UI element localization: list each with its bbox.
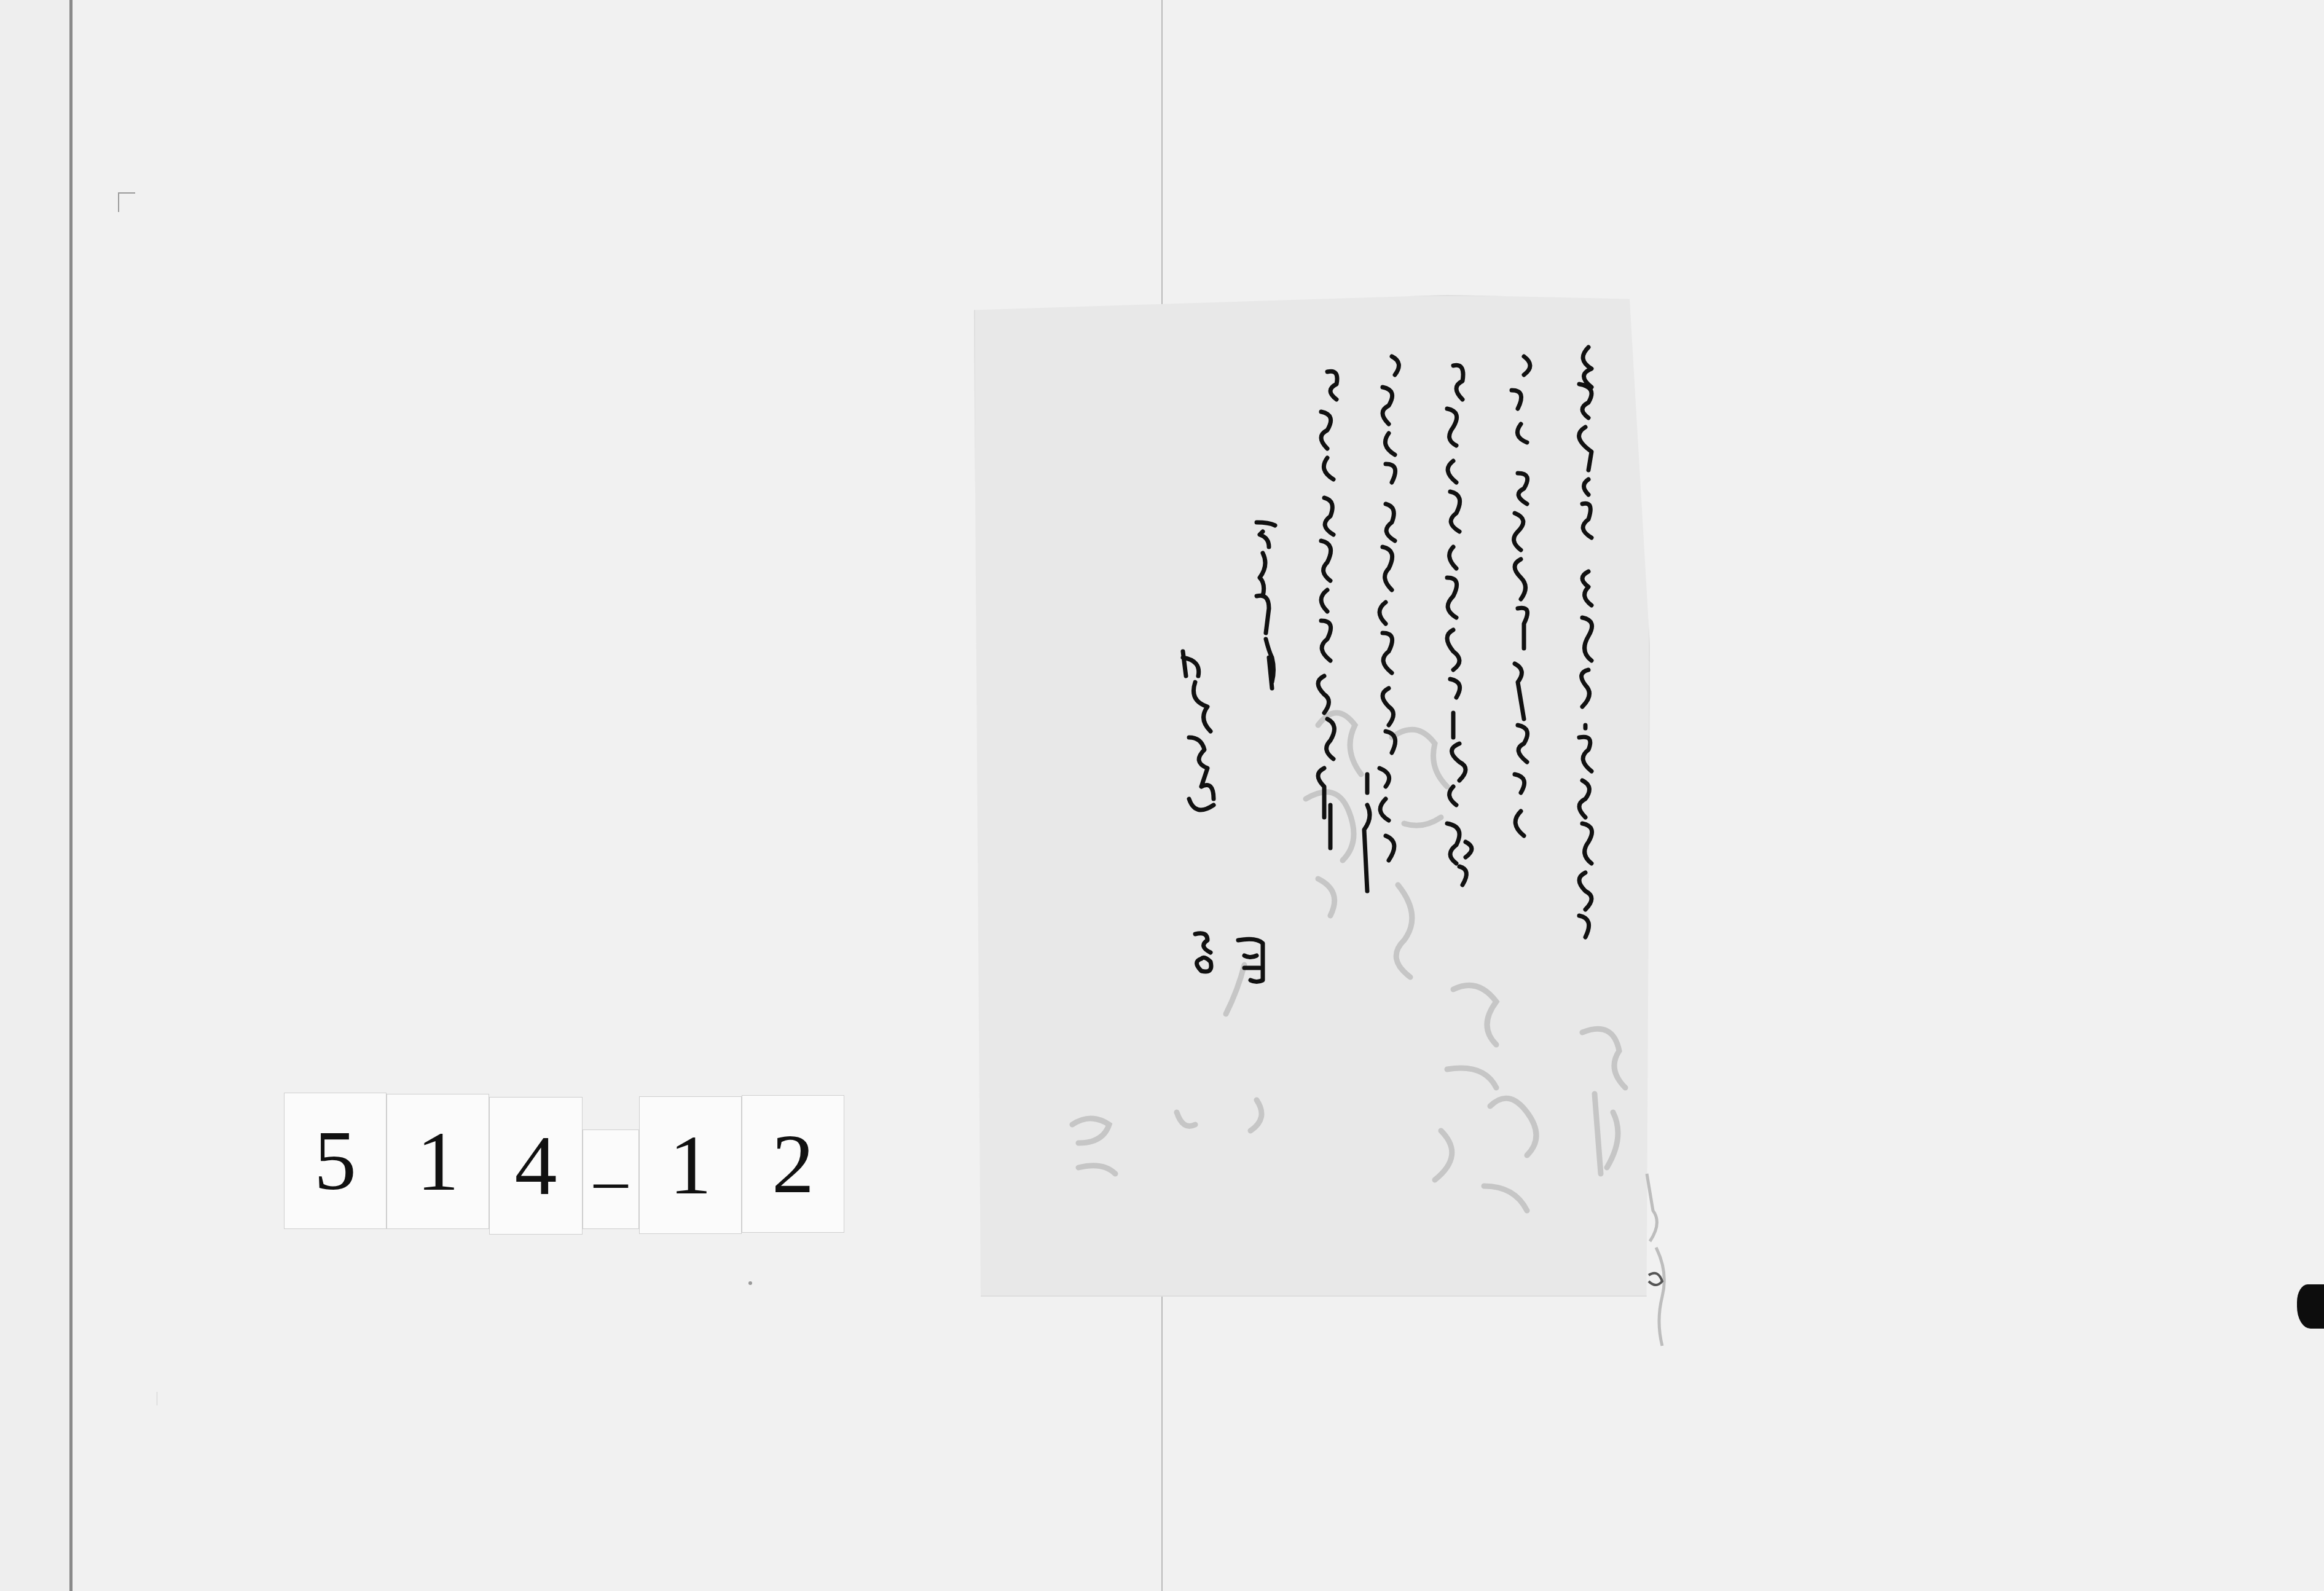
id-digit-tile: 5 [284,1093,387,1229]
bleed-through-text [1072,713,1625,1211]
catalog-id-label: 5 1 4 – 1 2 [284,1091,844,1229]
id-digit-tile: 1 [639,1096,742,1234]
edge-ink-blot [2297,1284,2324,1329]
id-digit-tile: 1 [387,1094,489,1229]
left-margin-strip [0,0,71,1591]
corner-registration-mark [118,192,135,212]
manuscript-paper [974,295,1650,1297]
main-text-columns [1183,347,1592,982]
id-dash-tile: – [583,1129,639,1229]
registration-tick [157,1392,157,1405]
speck [748,1281,752,1285]
manuscript-ink-strokes [974,295,1650,1297]
paper-tear-edge [1644,1168,1668,1352]
id-digit-tile: 2 [742,1095,844,1233]
binding-edge-line [69,0,73,1591]
id-digit-tile: 4 [489,1097,583,1235]
